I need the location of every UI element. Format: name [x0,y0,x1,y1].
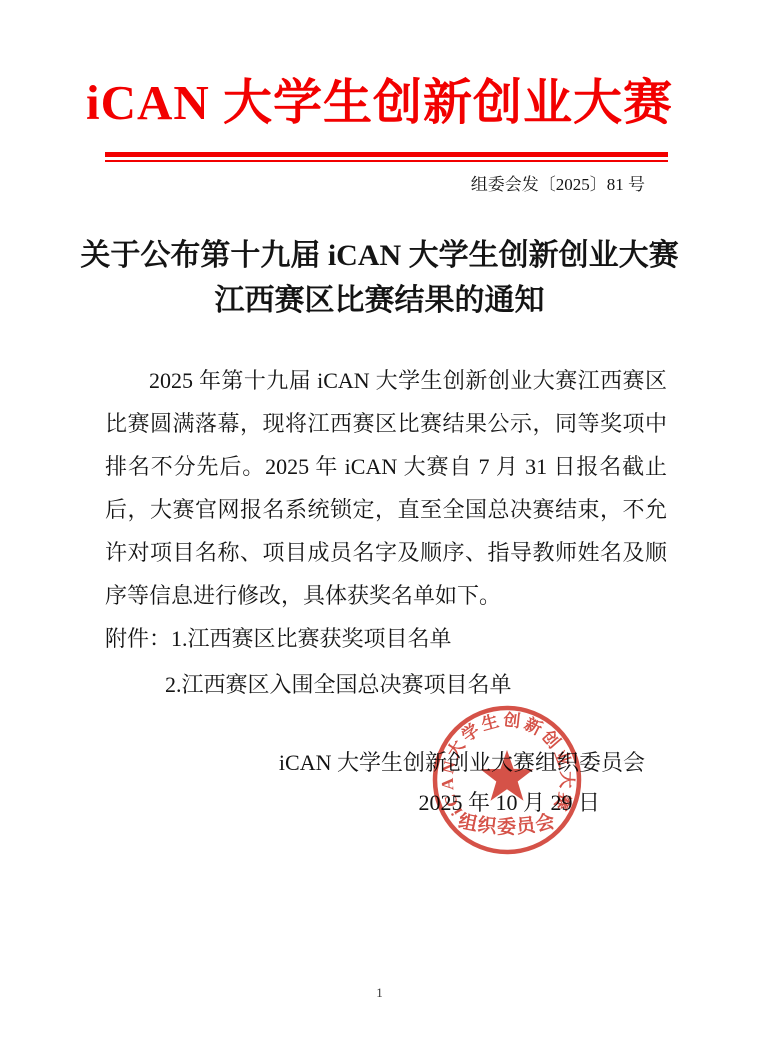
notice-title-line1: 关于公布第十九届 iCAN 大学生创新创业大赛 [0,233,759,278]
doc-number: 组委会发〔2025〕81 号 [105,170,645,195]
attachments-list: 附件：1.江西赛区比赛获奖项目名单 2.江西赛区入围全国总决赛项目名单 [105,616,667,708]
red-divider [105,152,668,162]
official-seal: iCAN大学生创新创业大赛 组织委员会 [427,700,587,860]
seal-ring [435,708,579,852]
page-number: 1 [0,985,759,1001]
body-line: 排名不分先后。2025 年 iCAN 大赛自 7 月 31 日报名截止 [105,445,667,488]
notice-title: 关于公布第十九届 iCAN 大学生创新创业大赛 江西赛区比赛结果的通知 [0,233,759,323]
notice-title-line2: 江西赛区比赛结果的通知 [0,278,759,323]
body-line: 2025 年第十九届 iCAN 大学生创新创业大赛江西赛区 [105,359,667,402]
body-line: 许对项目名称、项目成员名字及顺序、指导教师姓名及顺 [105,531,667,574]
issue-date: 2025 年 10 月 29 日 [0,788,600,818]
attachment-item-1: 附件：1.江西赛区比赛获奖项目名单 [105,616,667,662]
masthead-title: iCAN 大学生创新创业大赛 [0,64,759,134]
notice-body: 2025 年第十九届 iCAN 大学生创新创业大赛江西赛区 比赛圆满落幕，现将江… [105,359,667,617]
body-line: 比赛圆满落幕，现将江西赛区比赛结果公示，同等奖项中 [105,402,667,445]
document-page: iCAN 大学生创新创业大赛 组委会发〔2025〕81 号 关于公布第十九届 i… [0,0,759,1056]
attachment-item-2: 2.江西赛区入围全国总决赛项目名单 [105,662,667,708]
body-line: 序等信息进行修改，具体获奖名单如下。 [105,574,667,617]
issuer-signature: iCAN 大学生创新创业大赛组织委员会 [0,748,645,778]
body-line: 后，大赛官网报名系统锁定，直至全国总决赛结束，不允 [105,488,667,531]
